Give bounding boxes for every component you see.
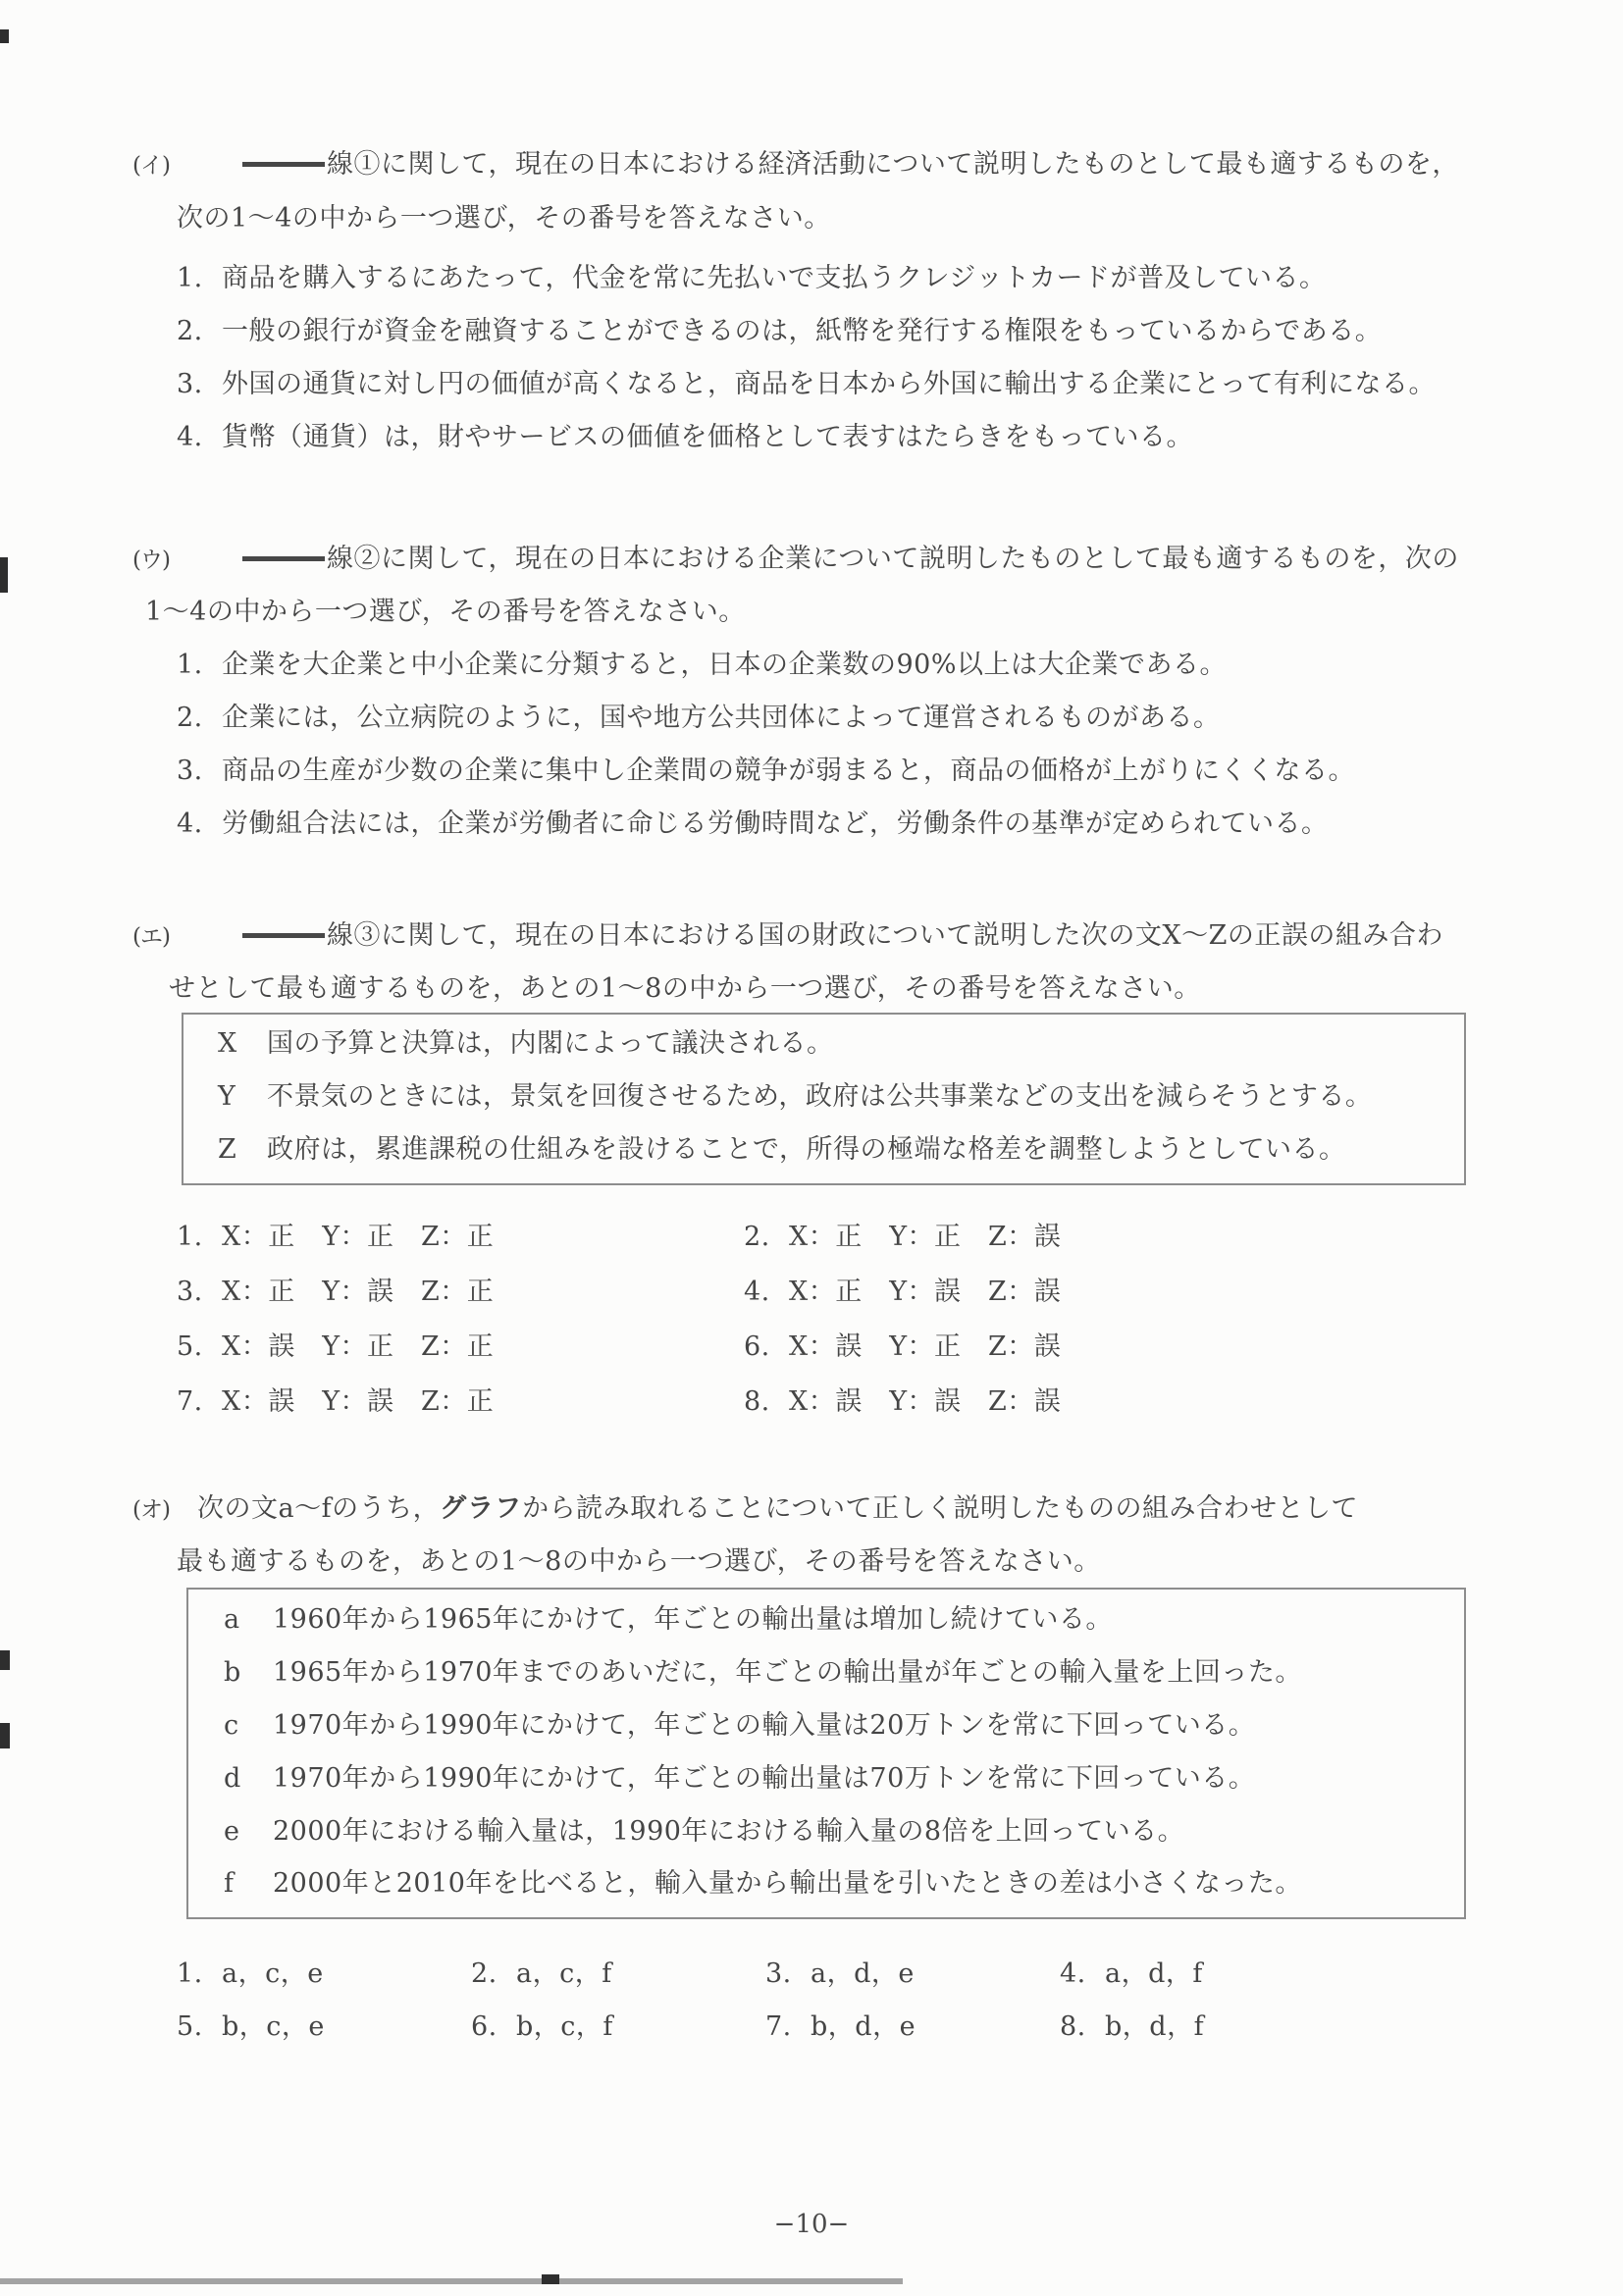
scan-artifact bbox=[0, 557, 8, 593]
combo-text: X：誤 Y：誤 Z：誤 bbox=[789, 1386, 1061, 1417]
option-number: 1. bbox=[177, 261, 222, 296]
statement-text: 1960年から1965年にかけて，年ごとの輸出量は増加し続けている。 bbox=[273, 1604, 1113, 1635]
combo-option: 7.X：誤 Y：誤 Z：正 bbox=[177, 1384, 494, 1420]
option-row: 4.労働組合法には，企業が労働者に命じる労働時間など，労働条件の基準が定められて… bbox=[177, 807, 1329, 842]
statement-label: f bbox=[224, 1866, 273, 1902]
statement-text: 1970年から1990年にかけて，年ごとの輸入量は20万トンを常に下回っている。 bbox=[273, 1710, 1255, 1741]
combo-number: 7. bbox=[177, 1384, 222, 1420]
scan-artifact bbox=[0, 2278, 903, 2284]
answer-number: 8. bbox=[1060, 2009, 1105, 2045]
answer-text: b，c，e bbox=[222, 2011, 325, 2042]
option-number: 3. bbox=[177, 367, 222, 402]
question-i-label: (イ) bbox=[132, 148, 242, 183]
statement-text: 1965年から1970年までのあいだに，年ごとの輸出量が年ごとの輸入量を上回った… bbox=[273, 1657, 1302, 1688]
option-row: 1.商品を購入するにあたって，代金を常に先払いで支払うクレジットカードが普及して… bbox=[177, 261, 1326, 296]
statement-row: X国の予算と決算は，内閣によって議決される。 bbox=[218, 1026, 834, 1062]
option-number: 4. bbox=[177, 420, 222, 455]
question-i-heading1-text: 線①に関して，現在の日本における経済活動について説明したものとして最も適するもの… bbox=[327, 149, 1459, 180]
option-row: 4.貨幣（通貨）は，財やサービスの価値を価格として表すはたらきをもっている。 bbox=[177, 420, 1193, 455]
combo-number: 5. bbox=[177, 1330, 222, 1365]
combo-number: 6. bbox=[744, 1330, 789, 1365]
statement-row: d1970年から1990年にかけて，年ごとの輸出量は70万トンを常に下回っている… bbox=[224, 1761, 1255, 1797]
option-text: 一般の銀行が資金を融資することができるのは，紙幣を発行する権限をもっているからで… bbox=[222, 316, 1382, 346]
statement-label: b bbox=[224, 1655, 273, 1691]
statement-label: X bbox=[218, 1026, 267, 1062]
question-o-heading1-pre: 次の文a～fのうち， bbox=[197, 1493, 440, 1524]
answer-option: 6.b，c，f bbox=[471, 2009, 613, 2045]
statement-row: f2000年と2010年を比べると，輸入量から輸出量を引いたときの差は小さくなっ… bbox=[224, 1866, 1302, 1902]
question-e-heading2: せとして最も適するものを，あとの1～8の中から一つ選び，その番号を答えなさい。 bbox=[169, 971, 1201, 1007]
statement-row: Z政府は，累進課税の仕組みを設けることで，所得の極端な格差を調整しようとしている… bbox=[218, 1132, 1345, 1168]
question-e-label: (エ) bbox=[132, 919, 242, 955]
question-u-label: (ウ) bbox=[132, 543, 242, 578]
combo-option: 2.X：正 Y：正 Z：誤 bbox=[744, 1220, 1061, 1255]
answer-number: 6. bbox=[471, 2009, 516, 2045]
combo-text: X：誤 Y：誤 Z：正 bbox=[222, 1386, 494, 1417]
combo-option: 6.X：誤 Y：正 Z：誤 bbox=[744, 1330, 1061, 1365]
option-number: 3. bbox=[177, 754, 222, 789]
scan-artifact bbox=[0, 1723, 10, 1748]
answer-option: 3.a，d，e bbox=[765, 1957, 915, 1992]
statement-label: Z bbox=[218, 1132, 267, 1168]
statement-text: 政府は，累進課税の仕組みを設けることで，所得の極端な格差を調整しようとしている。 bbox=[267, 1134, 1345, 1165]
statement-row: Y不景気のときには，景気を回復させるため，政府は公共事業などの支出を減らそうとす… bbox=[218, 1079, 1372, 1115]
option-row: 2.企業には，公立病院のように，国や地方公共団体によって運営されるものがある。 bbox=[177, 701, 1221, 736]
question-o-heading1: (オ)次の文a～fのうち，グラフから読み取れることについて正しく説明したものの組… bbox=[132, 1491, 1358, 1528]
option-text: 外国の通貨に対し円の価値が高くなると，商品を日本から外国に輸出する企業にとって有… bbox=[222, 369, 1436, 399]
answer-option: 8.b，d，f bbox=[1060, 2009, 1204, 2045]
answer-option: 5.b，c，e bbox=[177, 2009, 325, 2045]
answer-text: b，c，f bbox=[516, 2011, 613, 2042]
statement-text: 2000年と2010年を比べると，輸入量から輸出量を引いたときの差は小さくなった… bbox=[273, 1868, 1302, 1899]
combo-number: 2. bbox=[744, 1220, 789, 1255]
question-u-heading2: 1～4の中から一つ選び，その番号を答えなさい。 bbox=[145, 595, 746, 630]
scan-artifact bbox=[0, 1650, 10, 1670]
combo-number: 1. bbox=[177, 1220, 222, 1255]
statement-text: 1970年から1990年にかけて，年ごとの輸出量は70万トンを常に下回っている。 bbox=[273, 1763, 1255, 1794]
answer-text: a，d，f bbox=[1105, 1958, 1203, 1989]
statement-label: a bbox=[224, 1602, 273, 1638]
answer-text: a，d，e bbox=[811, 1958, 915, 1989]
combo-text: X：正 Y：誤 Z：正 bbox=[222, 1277, 494, 1307]
option-text: 企業を大企業と中小企業に分類すると，日本の企業数の90%以上は大企業である。 bbox=[222, 650, 1227, 680]
combo-text: X：正 Y：正 Z：誤 bbox=[789, 1222, 1061, 1252]
answer-text: a，c，e bbox=[222, 1958, 324, 1989]
statement-row: e2000年における輸入量は，1990年における輸入量の8倍を上回っている。 bbox=[224, 1814, 1184, 1850]
statement-row: b1965年から1970年までのあいだに，年ごとの輸出量が年ごとの輸入量を上回っ… bbox=[224, 1655, 1302, 1691]
answer-option: 7.b，d，e bbox=[765, 2009, 916, 2045]
combo-text: X：誤 Y：正 Z：誤 bbox=[789, 1331, 1061, 1362]
option-number: 2. bbox=[177, 701, 222, 736]
statement-text: 不景気のときには，景気を回復させるため，政府は公共事業などの支出を減らそうとする… bbox=[267, 1081, 1372, 1112]
combo-option: 4.X：正 Y：誤 Z：誤 bbox=[744, 1275, 1061, 1310]
option-text: 貨幣（通貨）は，財やサービスの価値を価格として表すはたらきをもっている。 bbox=[222, 422, 1193, 452]
question-i-heading2: 次の1～4の中から一つ選び，その番号を答えなさい。 bbox=[177, 201, 831, 236]
statement-label: e bbox=[224, 1814, 273, 1850]
underline-dash-icon bbox=[242, 162, 325, 167]
option-number: 2. bbox=[177, 314, 222, 349]
answer-text: b，d，e bbox=[811, 2011, 916, 2042]
question-o-heading1-bold: グラフ bbox=[440, 1493, 522, 1524]
combo-option: 1.X：正 Y：正 Z：正 bbox=[177, 1220, 494, 1255]
answer-number: 7. bbox=[765, 2009, 811, 2045]
option-text: 企業には，公立病院のように，国や地方公共団体によって運営されるものがある。 bbox=[222, 703, 1221, 733]
option-number: 4. bbox=[177, 807, 222, 842]
option-row: 3.商品の生産が少数の企業に集中し企業間の競争が弱まると，商品の価格が上がりにく… bbox=[177, 754, 1355, 789]
statement-label: c bbox=[224, 1708, 273, 1744]
question-u-heading1: (ウ)線②に関して，現在の日本における企業について説明したものとして最も適するも… bbox=[132, 542, 1459, 578]
page-number: −10− bbox=[0, 2210, 1623, 2239]
question-o-heading2: 最も適するものを，あとの1～8の中から一つ選び，その番号を答えなさい。 bbox=[177, 1544, 1101, 1580]
question-e-heading1-text: 線③に関して，現在の日本における国の財政について説明した次の文X～Zの正誤の組み… bbox=[327, 920, 1443, 951]
question-o-heading1-post: から読み取れることについて正しく説明したものの組み合わせとして bbox=[522, 1493, 1358, 1524]
option-text: 商品を購入するにあたって，代金を常に先払いで支払うクレジットカードが普及している… bbox=[222, 263, 1326, 293]
question-e-heading1: (エ)線③に関して，現在の日本における国の財政について説明した次の文X～Zの正誤… bbox=[132, 918, 1443, 955]
scan-artifact bbox=[542, 2274, 559, 2284]
answer-number: 5. bbox=[177, 2009, 222, 2045]
statement-row: c1970年から1990年にかけて，年ごとの輸入量は20万トンを常に下回っている… bbox=[224, 1708, 1255, 1744]
option-text: 労働組合法には，企業が労働者に命じる労働時間など，労働条件の基準が定められている… bbox=[222, 809, 1329, 839]
option-number: 1. bbox=[177, 648, 222, 683]
combo-number: 3. bbox=[177, 1275, 222, 1310]
answer-number: 4. bbox=[1060, 1957, 1105, 1992]
underline-dash-icon bbox=[242, 933, 325, 938]
combo-text: X：正 Y：正 Z：正 bbox=[222, 1222, 494, 1252]
answer-number: 1. bbox=[177, 1957, 222, 1992]
answer-number: 2. bbox=[471, 1957, 516, 1992]
question-u-heading1-text: 線②に関して，現在の日本における企業について説明したものとして最も適するものを，… bbox=[327, 544, 1459, 574]
answer-number: 3. bbox=[765, 1957, 811, 1992]
answer-option: 1.a，c，e bbox=[177, 1957, 324, 1992]
question-i-heading1: (イ)線①に関して，現在の日本における経済活動について説明したものとして最も適す… bbox=[132, 147, 1459, 183]
combo-text: X：正 Y：誤 Z：誤 bbox=[789, 1277, 1061, 1307]
combo-option: 8.X：誤 Y：誤 Z：誤 bbox=[744, 1384, 1061, 1420]
exam-page: (イ)線①に関して，現在の日本における経済活動について説明したものとして最も適す… bbox=[0, 0, 1623, 2296]
answer-text: b，d，f bbox=[1105, 2011, 1204, 2042]
question-o-label: (オ) bbox=[132, 1492, 197, 1528]
underline-dash-icon bbox=[242, 556, 325, 561]
answer-option: 2.a，c，f bbox=[471, 1957, 612, 1992]
option-row: 1.企業を大企業と中小企業に分類すると，日本の企業数の90%以上は大企業である。 bbox=[177, 648, 1227, 683]
answer-text: a，c，f bbox=[516, 1958, 612, 1989]
option-row: 2.一般の銀行が資金を融資することができるのは，紙幣を発行する権限をもっているか… bbox=[177, 314, 1382, 349]
option-text: 商品の生産が少数の企業に集中し企業間の競争が弱まると，商品の価格が上がりにくくな… bbox=[222, 756, 1355, 786]
statement-text: 国の予算と決算は，内閣によって議決される。 bbox=[267, 1028, 834, 1059]
combo-option: 3.X：正 Y：誤 Z：正 bbox=[177, 1275, 494, 1310]
statement-label: Y bbox=[218, 1079, 267, 1115]
scan-artifact bbox=[0, 29, 9, 43]
combo-text: X：誤 Y：正 Z：正 bbox=[222, 1331, 494, 1362]
combo-option: 5.X：誤 Y：正 Z：正 bbox=[177, 1330, 494, 1365]
combo-number: 4. bbox=[744, 1275, 789, 1310]
combo-number: 8. bbox=[744, 1384, 789, 1420]
statement-text: 2000年における輸入量は，1990年における輸入量の8倍を上回っている。 bbox=[273, 1816, 1184, 1847]
answer-option: 4.a，d，f bbox=[1060, 1957, 1203, 1992]
option-row: 3.外国の通貨に対し円の価値が高くなると，商品を日本から外国に輸出する企業にとっ… bbox=[177, 367, 1436, 402]
statement-row: a1960年から1965年にかけて，年ごとの輸出量は増加し続けている。 bbox=[224, 1602, 1113, 1638]
statement-label: d bbox=[224, 1761, 273, 1797]
